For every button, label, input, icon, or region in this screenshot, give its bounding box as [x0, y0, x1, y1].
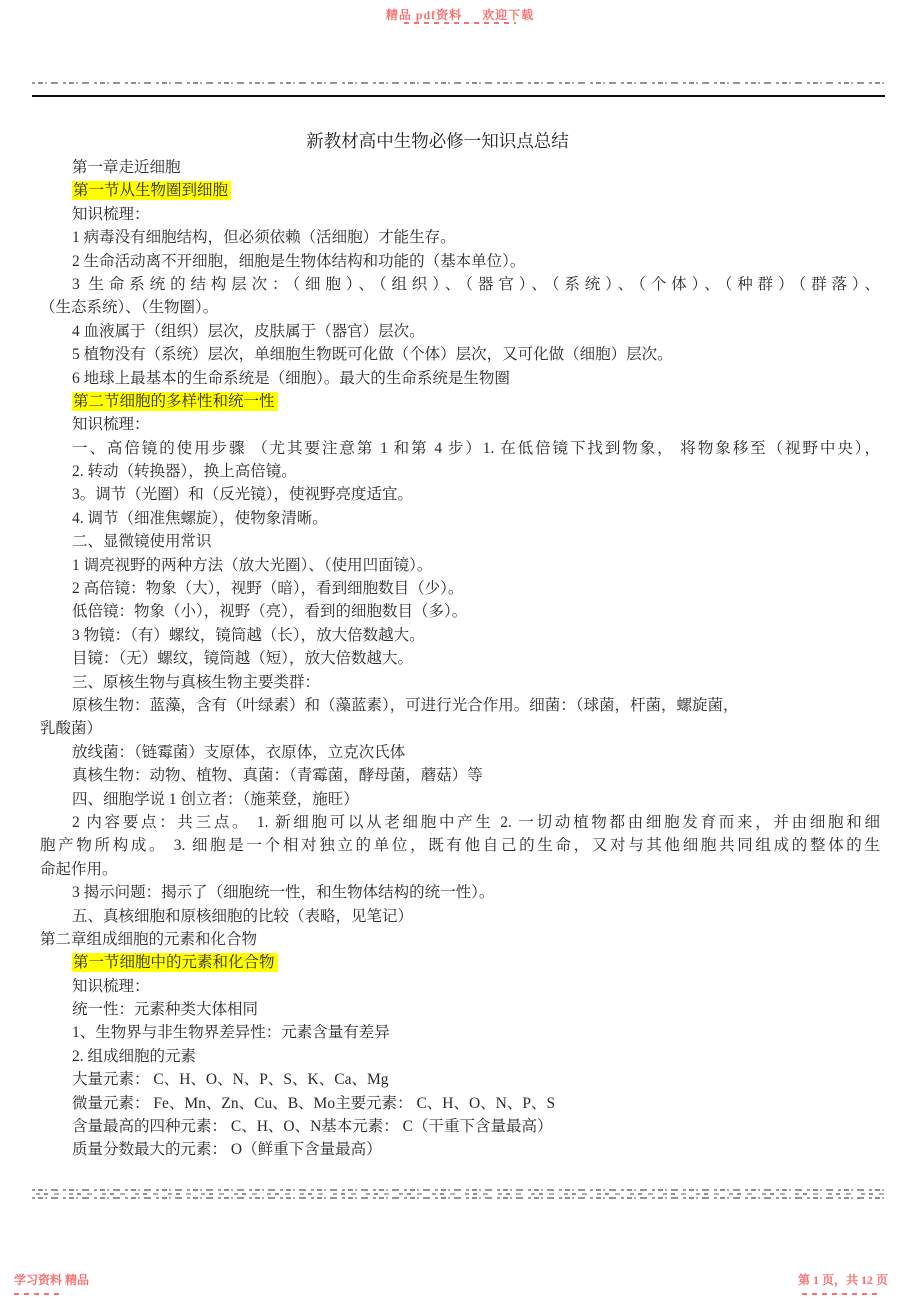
watermark-header: 精品 pdf资料 欢迎下载: [0, 6, 920, 23]
header-rule: [32, 95, 885, 97]
text-line: 第一节细胞中的元素和化合物: [40, 951, 880, 974]
text-line: 低倍镜：物象（小），视野（亮），看到的细胞数目（多）。: [40, 600, 880, 623]
microtext-row: [32, 82, 886, 84]
text-line: 一、高倍镜的使用步骤 （尤其要注意第 1 和第 4 步）1. 在低倍镜下找到物象…: [40, 437, 880, 460]
text-line: 3。调节（光圈）和（反光镜），使视野亮度适宜。: [40, 483, 880, 506]
text-line: 命起作用。: [40, 858, 880, 881]
text-line: 4 血液属于（组织）层次，皮肤属于（器官）层次。: [40, 320, 880, 343]
text-line: （生态系统）、（生物圈）。: [40, 296, 880, 319]
text-line: 原核生物：蓝藻，含有（叶绿素）和（藻蓝素），可进行光合作用。细菌：（球菌，杆菌，…: [40, 694, 880, 717]
text-line: 第一节从生物圈到细胞: [40, 179, 880, 202]
watermark-left-text: 精品 pdf资料: [386, 6, 462, 23]
microtext-row: [32, 1189, 886, 1191]
text-line: 质量分数最大的元素： O（鲜重下含量最高）: [40, 1138, 880, 1161]
highlighted-section-heading: 第一节从生物圈到细胞: [72, 181, 231, 200]
text-line: 第二章组成细胞的元素和化合物: [40, 928, 880, 951]
text-line: 统一性：元素种类大体相同: [40, 998, 880, 1021]
text-line: 三、原核生物与真核生物主要类群：: [40, 671, 880, 694]
footer-page-indicator: 第 1 页，共 12 页: [798, 1271, 888, 1295]
text-line: 3 生命系统的结构层次：（细胞）、（组织）、（器官）、（系统）、（个体）、（种群…: [40, 273, 880, 296]
text-line: 大量元素： C、H、O、N、P、S、K、Ca、Mg: [40, 1068, 880, 1091]
text-line: 胞产物所构成。 3. 细胞是一个相对独立的单位，既有他自己的生命，又对与其他细胞…: [40, 834, 880, 857]
text-line: 第一章走近细胞: [40, 156, 880, 179]
microtext-top-decoration: [32, 82, 886, 86]
text-line: 2 高倍镜：物象（大），视野（暗），看到细胞数目（少）。: [40, 577, 880, 600]
text-line: 五、真核细胞和原核细胞的比较（表略，见笔记）: [40, 905, 880, 928]
text-line: 2. 转动（转换器），换上高倍镜。: [40, 460, 880, 483]
text-line: 3 揭示问题：揭示了（细胞统一性，和生物体结构的统一性）。: [40, 881, 880, 904]
microtext-bottom-decoration: [32, 1189, 886, 1201]
text-line: 2 内容要点：共三点。 1. 新细胞可以从老细胞中产生 2. 一切动植物都由细胞…: [40, 811, 880, 834]
document-title: 新教材高中生物必修一知识点总结: [40, 128, 835, 154]
text-line: 第二节细胞的多样性和统一性: [40, 390, 880, 413]
text-line: 1、生物界与非生物界差异性：元素含量有差异: [40, 1021, 880, 1044]
text-line: 目镜：（无）螺纹，镜筒越（短），放大倍数越大。: [40, 647, 880, 670]
text-line: 2 生命活动离不开细胞，细胞是生物体结构和功能的（基本单位）。: [40, 250, 880, 273]
text-line: 1 调亮视野的两种方法（放大光圈）、（使用凹面镜）。: [40, 554, 880, 577]
text-line: 2. 组成细胞的元素: [40, 1045, 880, 1068]
footer-left-dashed-divider: [14, 1293, 64, 1295]
text-line: 1 病毒没有细胞结构，但必须依赖（活细胞）才能生存。: [40, 226, 880, 249]
footer-watermark: 学习资料 精品: [14, 1271, 89, 1295]
document-page: 新教材高中生物必修一知识点总结 第一章走近细胞第一节从生物圈到细胞知识梳理：1 …: [40, 128, 880, 1162]
watermark-dashed-divider: [404, 22, 516, 24]
highlighted-section-heading: 第二节细胞的多样性和统一性: [72, 392, 278, 411]
watermark-right-text: 欢迎下载: [482, 6, 534, 23]
microtext-row: [32, 1197, 886, 1199]
page-number-text: 第 1 页，共 12 页: [798, 1273, 888, 1287]
footer-right-dashed-divider: [802, 1293, 880, 1295]
text-line: 放线菌：（链霉菌）支原体，衣原体，立克次氏体: [40, 741, 880, 764]
highlighted-section-heading: 第一节细胞中的元素和化合物: [72, 953, 278, 972]
text-line: 5 植物没有（系统）层次，单细胞生物既可化做（个体）层次，又可化做（细胞）层次。: [40, 343, 880, 366]
text-line: 真核生物：动物、植物、真菌：（青霉菌，酵母菌，蘑菇）等: [40, 764, 880, 787]
text-line: 含量最高的四种元素： C、H、O、N基本元素： C（干重下含量最高）: [40, 1115, 880, 1138]
text-line: 4. 调节（细准焦螺旋），使物象清晰。: [40, 507, 880, 530]
text-line: 知识梳理：: [40, 413, 880, 436]
text-line: 知识梳理：: [40, 975, 880, 998]
text-line: 微量元素： Fe、Mn、Zn、Cu、B、Mo主要元素： C、H、O、N、P、S: [40, 1092, 880, 1115]
text-line: 6 地球上最基本的生命系统是（细胞）。最大的生命系统是生物圈: [40, 367, 880, 390]
text-line: 二、显微镜使用常识: [40, 530, 880, 553]
text-line: 知识梳理：: [40, 203, 880, 226]
text-line: 乳酸菌）: [40, 717, 880, 740]
text-line: 3 物镜：（有）螺纹，镜筒越（长），放大倍数越大。: [40, 624, 880, 647]
text-line: 四、细胞学说 1 创立者：（施莱登，施旺）: [40, 788, 880, 811]
footer-left-text: 学习资料 精品: [14, 1273, 89, 1287]
microtext-row: [32, 1193, 886, 1195]
document-body: 第一章走近细胞第一节从生物圈到细胞知识梳理：1 病毒没有细胞结构，但必须依赖（活…: [40, 156, 880, 1162]
